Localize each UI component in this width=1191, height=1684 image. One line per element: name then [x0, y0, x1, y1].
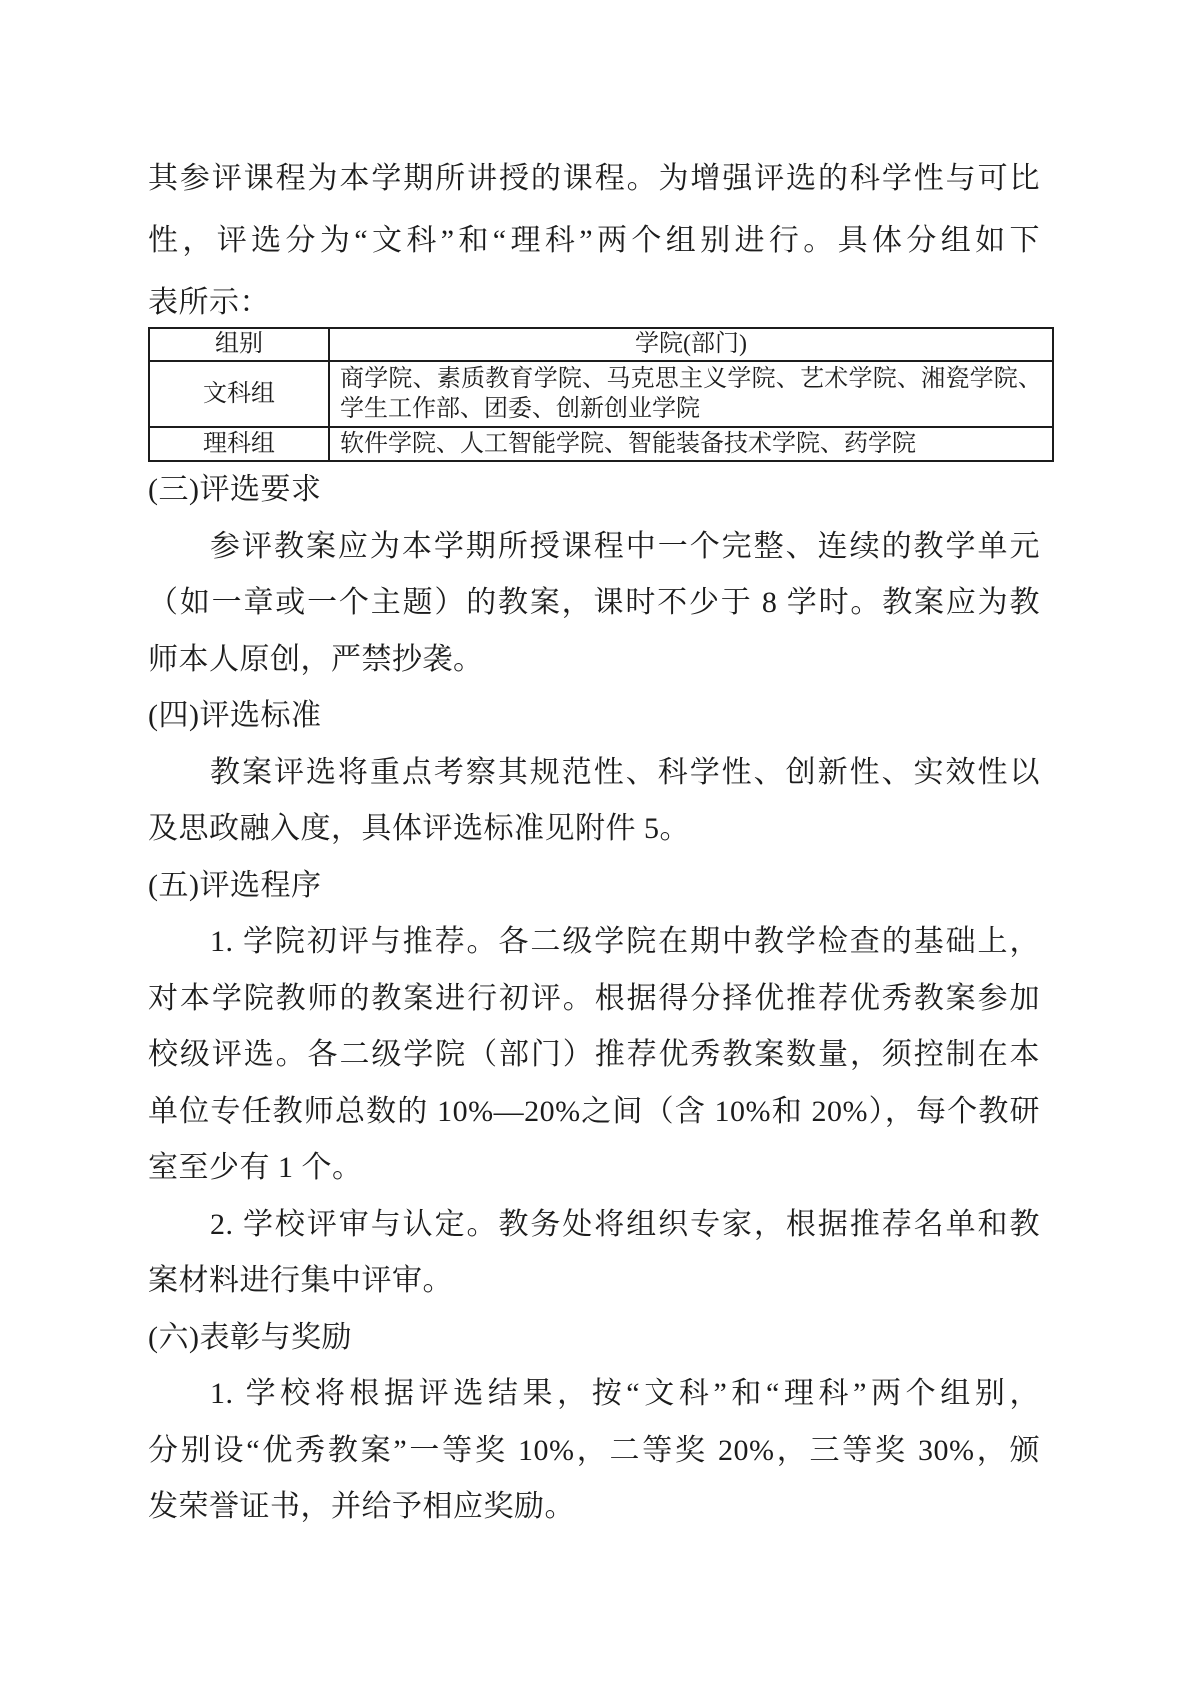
column-header-departments: 学院(部门) [329, 328, 1053, 361]
text-line: 分别设“优秀教案”一等奖 10%，二等奖 20%，三等奖 30%，颁 [148, 1423, 1040, 1480]
departments-cell: 软件学院、人工智能学院、智能装备技术学院、药学院 [329, 427, 1053, 461]
text-line: 1. 学院初评与推荐。各二级学院在期中教学检查的基础上， [148, 914, 1040, 971]
text-line: 师本人原创，严禁抄袭。 [148, 632, 1040, 689]
text-line: 1. 学校将根据评选结果，按“文科”和“理科”两个组别， [148, 1366, 1040, 1423]
text-line: 案材料进行集中评审。 [148, 1253, 1040, 1310]
text-line: 2. 学校评审与认定。教务处将组织专家，根据推荐名单和教 [148, 1197, 1040, 1254]
departments-cell: 商学院、素质教育学院、马克思主义学院、艺术学院、湘瓷学院、学生工作部、团委、创新… [329, 361, 1053, 427]
text-line: 参评教案应为本学期所授课程中一个完整、连续的教学单元 [148, 519, 1040, 576]
table-row: 理科组软件学院、人工智能学院、智能装备技术学院、药学院 [149, 427, 1053, 461]
text-line: 表所示： [148, 272, 1040, 334]
text-line: 教案评选将重点考察其规范性、科学性、创新性、实效性以 [148, 745, 1040, 802]
text-line: 其参评课程为本学期所讲授的课程。为增强评选的科学性与可比 [148, 148, 1040, 210]
group-name-cell: 理科组 [149, 427, 329, 461]
text-line: 对本学院教师的教案进行初评。根据得分择优推荐优秀教案参加 [148, 971, 1040, 1028]
section-heading: (六)表彰与奖励 [148, 1310, 1040, 1367]
text-line: 室至少有 1 个。 [148, 1140, 1040, 1197]
grouping-table: 组别学院(部门)文科组商学院、素质教育学院、马克思主义学院、艺术学院、湘瓷学院、… [148, 327, 1054, 462]
text-line: 性，评选分为“文科”和“理科”两个组别进行。具体分组如下 [148, 210, 1040, 272]
section-heading: (三)评选要求 [148, 462, 1040, 519]
table-row: 文科组商学院、素质教育学院、马克思主义学院、艺术学院、湘瓷学院、学生工作部、团委… [149, 361, 1053, 427]
group-name-cell: 文科组 [149, 361, 329, 427]
document-content: 其参评课程为本学期所讲授的课程。为增强评选的科学性与可比性，评选分为“文科”和“… [148, 148, 1040, 1536]
section-heading: (四)评选标准 [148, 688, 1040, 745]
text-line: 校级评选。各二级学院（部门）推荐优秀教案数量，须控制在本 [148, 1027, 1040, 1084]
text-line: 单位专任教师总数的 10%—20%之间（含 10%和 20%），每个教研 [148, 1084, 1040, 1141]
text-line: （如一章或一个主题）的教案，课时不少于 8 学时。教案应为教 [148, 575, 1040, 632]
text-line: 及思政融入度，具体评选标准见附件 5。 [148, 801, 1040, 858]
text-line: 发荣誉证书，并给予相应奖励。 [148, 1479, 1040, 1536]
document-page: 其参评课程为本学期所讲授的课程。为增强评选的科学性与可比性，评选分为“文科”和“… [0, 0, 1191, 1684]
table-header-row: 组别学院(部门) [149, 328, 1053, 361]
section-heading: (五)评选程序 [148, 858, 1040, 915]
